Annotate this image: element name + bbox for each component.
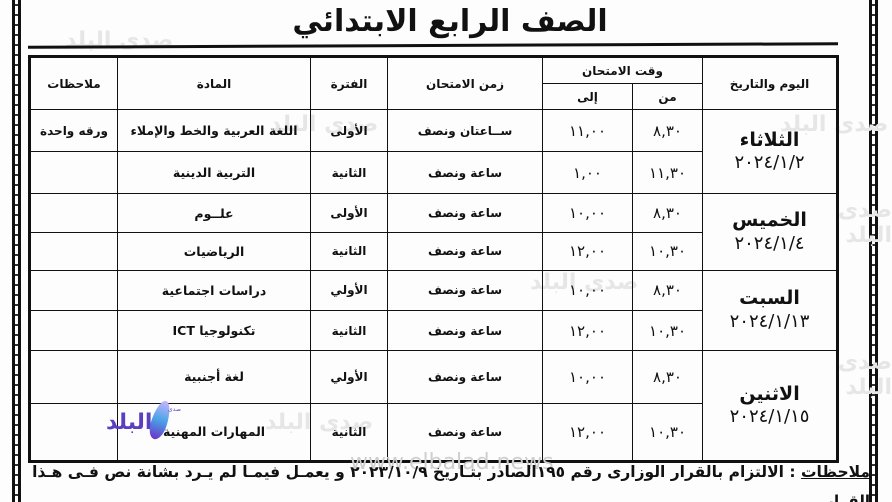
day-name: السبت (703, 287, 836, 311)
period: الأولى (311, 194, 388, 232)
time-to: ١٢,٠٠ (543, 403, 633, 461)
time-from: ١٠,٣٠ (633, 232, 703, 270)
subject: اللغة العربية والخط والإملاء (118, 110, 311, 152)
period: الأولي (311, 351, 388, 403)
time-from: ١٠,٣٠ (633, 403, 703, 461)
day-date-cell: الثلاثاء ٢٠٢٤/١/٢ (703, 110, 838, 194)
day-date-cell: الاثنين ٢٠٢٤/١/١٥ (703, 351, 838, 462)
time-to: ١٢,٠٠ (543, 311, 633, 351)
table-row: الاثنين ٢٠٢٤/١/١٥ ٨,٣٠ ١٠,٠٠ ساعة ونصف ا… (30, 351, 838, 403)
header-from: من (633, 84, 703, 110)
watermark: صدى البلد (65, 28, 173, 53)
time-to: ١٠,٠٠ (543, 270, 633, 310)
day-name: الخميس (703, 209, 836, 233)
logo-swoosh-icon (146, 399, 174, 442)
time-to: ١٠,٠٠ (543, 194, 633, 232)
duration: ســاعتان ونصف (388, 110, 543, 152)
time-from: ٨,٣٠ (633, 194, 703, 232)
subject: دراسات اجتماعية (118, 270, 311, 310)
period: الثانية (311, 232, 388, 270)
table-row: الثلاثاء ٢٠٢٤/١/٢ ٨,٣٠ ١١,٠٠ ســاعتان ون… (30, 110, 838, 152)
time-from: ١١,٣٠ (633, 152, 703, 194)
footer-note: ملاحظات : الالتزام بالقرار الوزارى رقم ١… (10, 463, 870, 481)
header-notes: ملاحظات (30, 57, 118, 110)
duration: ساعة ونصف (388, 311, 543, 351)
right-decorative-border (869, 0, 878, 502)
notes (30, 351, 118, 403)
table-row: الخميس ٢٠٢٤/١/٤ ٨,٣٠ ١٠,٠٠ ساعة ونصف الأ… (30, 194, 838, 232)
time-to: ١١,٠٠ (543, 110, 633, 152)
notes (30, 194, 118, 232)
left-decorative-border (12, 0, 21, 502)
time-to: ١٢,٠٠ (543, 232, 633, 270)
period: الثانية (311, 311, 388, 351)
header-period: الفترة (311, 57, 388, 110)
day-name: الاثنين (703, 383, 836, 407)
duration: ساعة ونصف (388, 232, 543, 270)
notes (30, 311, 118, 351)
duration: ساعة ونصف (388, 194, 543, 232)
duration: ساعة ونصف (388, 152, 543, 194)
logo-small-text: صدى (168, 406, 181, 413)
time-from: ١٠,٣٠ (633, 311, 703, 351)
page-title: الصف الرابع الابتدائي (200, 4, 700, 39)
logo-text: البلد (106, 410, 152, 435)
footer-separator: : (784, 463, 801, 481)
notes (30, 270, 118, 310)
header-to: إلى (543, 84, 633, 110)
subject: لغة أجنبية (118, 351, 311, 403)
time-to: ١,٠٠ (543, 152, 633, 194)
subject: التربية الدينية (118, 152, 311, 194)
time-from: ٨,٣٠ (633, 110, 703, 152)
header-subject: المادة (118, 57, 311, 110)
exam-date: ٢٠٢٤/١/١٣ (703, 311, 836, 334)
notes: ورقه واحدة (30, 110, 118, 152)
day-name: الثلاثاء (703, 129, 836, 153)
duration: ساعة ونصف (388, 351, 543, 403)
elbalad-logo: البلد صدى (106, 400, 186, 440)
header-exam-time: وقت الامتحان (543, 57, 703, 84)
title-divider (28, 42, 838, 49)
subject: الرياضيات (118, 232, 311, 270)
exam-date: ٢٠٢٤/١/٢ (703, 152, 836, 175)
exam-date: ٢٠٢٤/١/٤ (703, 233, 836, 256)
header-duration: زمن الامتحان (388, 57, 543, 110)
time-from: ٨,٣٠ (633, 270, 703, 310)
period: الثانية (311, 152, 388, 194)
notes (30, 232, 118, 270)
day-date-cell: الخميس ٢٠٢٤/١/٤ (703, 194, 838, 270)
footer-text: الالتزام بالقرار الوزارى رقم ١٩٥الصادر ب… (32, 463, 784, 481)
subject: علــوم (118, 194, 311, 232)
subject: تكنولوجيا ICT (118, 311, 311, 351)
time-to: ١٠,٠٠ (543, 351, 633, 403)
footer-note-line2: القرار ... (10, 492, 870, 502)
table-row: السبت ٢٠٢٤/١/١٣ ٨,٣٠ ١٠,٠٠ ساعة ونصف الأ… (30, 270, 838, 310)
duration: ساعة ونصف (388, 270, 543, 310)
footer-label: ملاحظات (801, 463, 870, 481)
header-day-date: اليوم والتاريخ (703, 57, 838, 110)
period: الأولى (311, 110, 388, 152)
time-from: ٨,٣٠ (633, 351, 703, 403)
day-date-cell: السبت ٢٠٢٤/١/١٣ (703, 270, 838, 350)
notes (30, 152, 118, 194)
period: الأولي (311, 270, 388, 310)
notes (30, 403, 118, 461)
exam-date: ٢٠٢٤/١/١٥ (703, 406, 836, 429)
